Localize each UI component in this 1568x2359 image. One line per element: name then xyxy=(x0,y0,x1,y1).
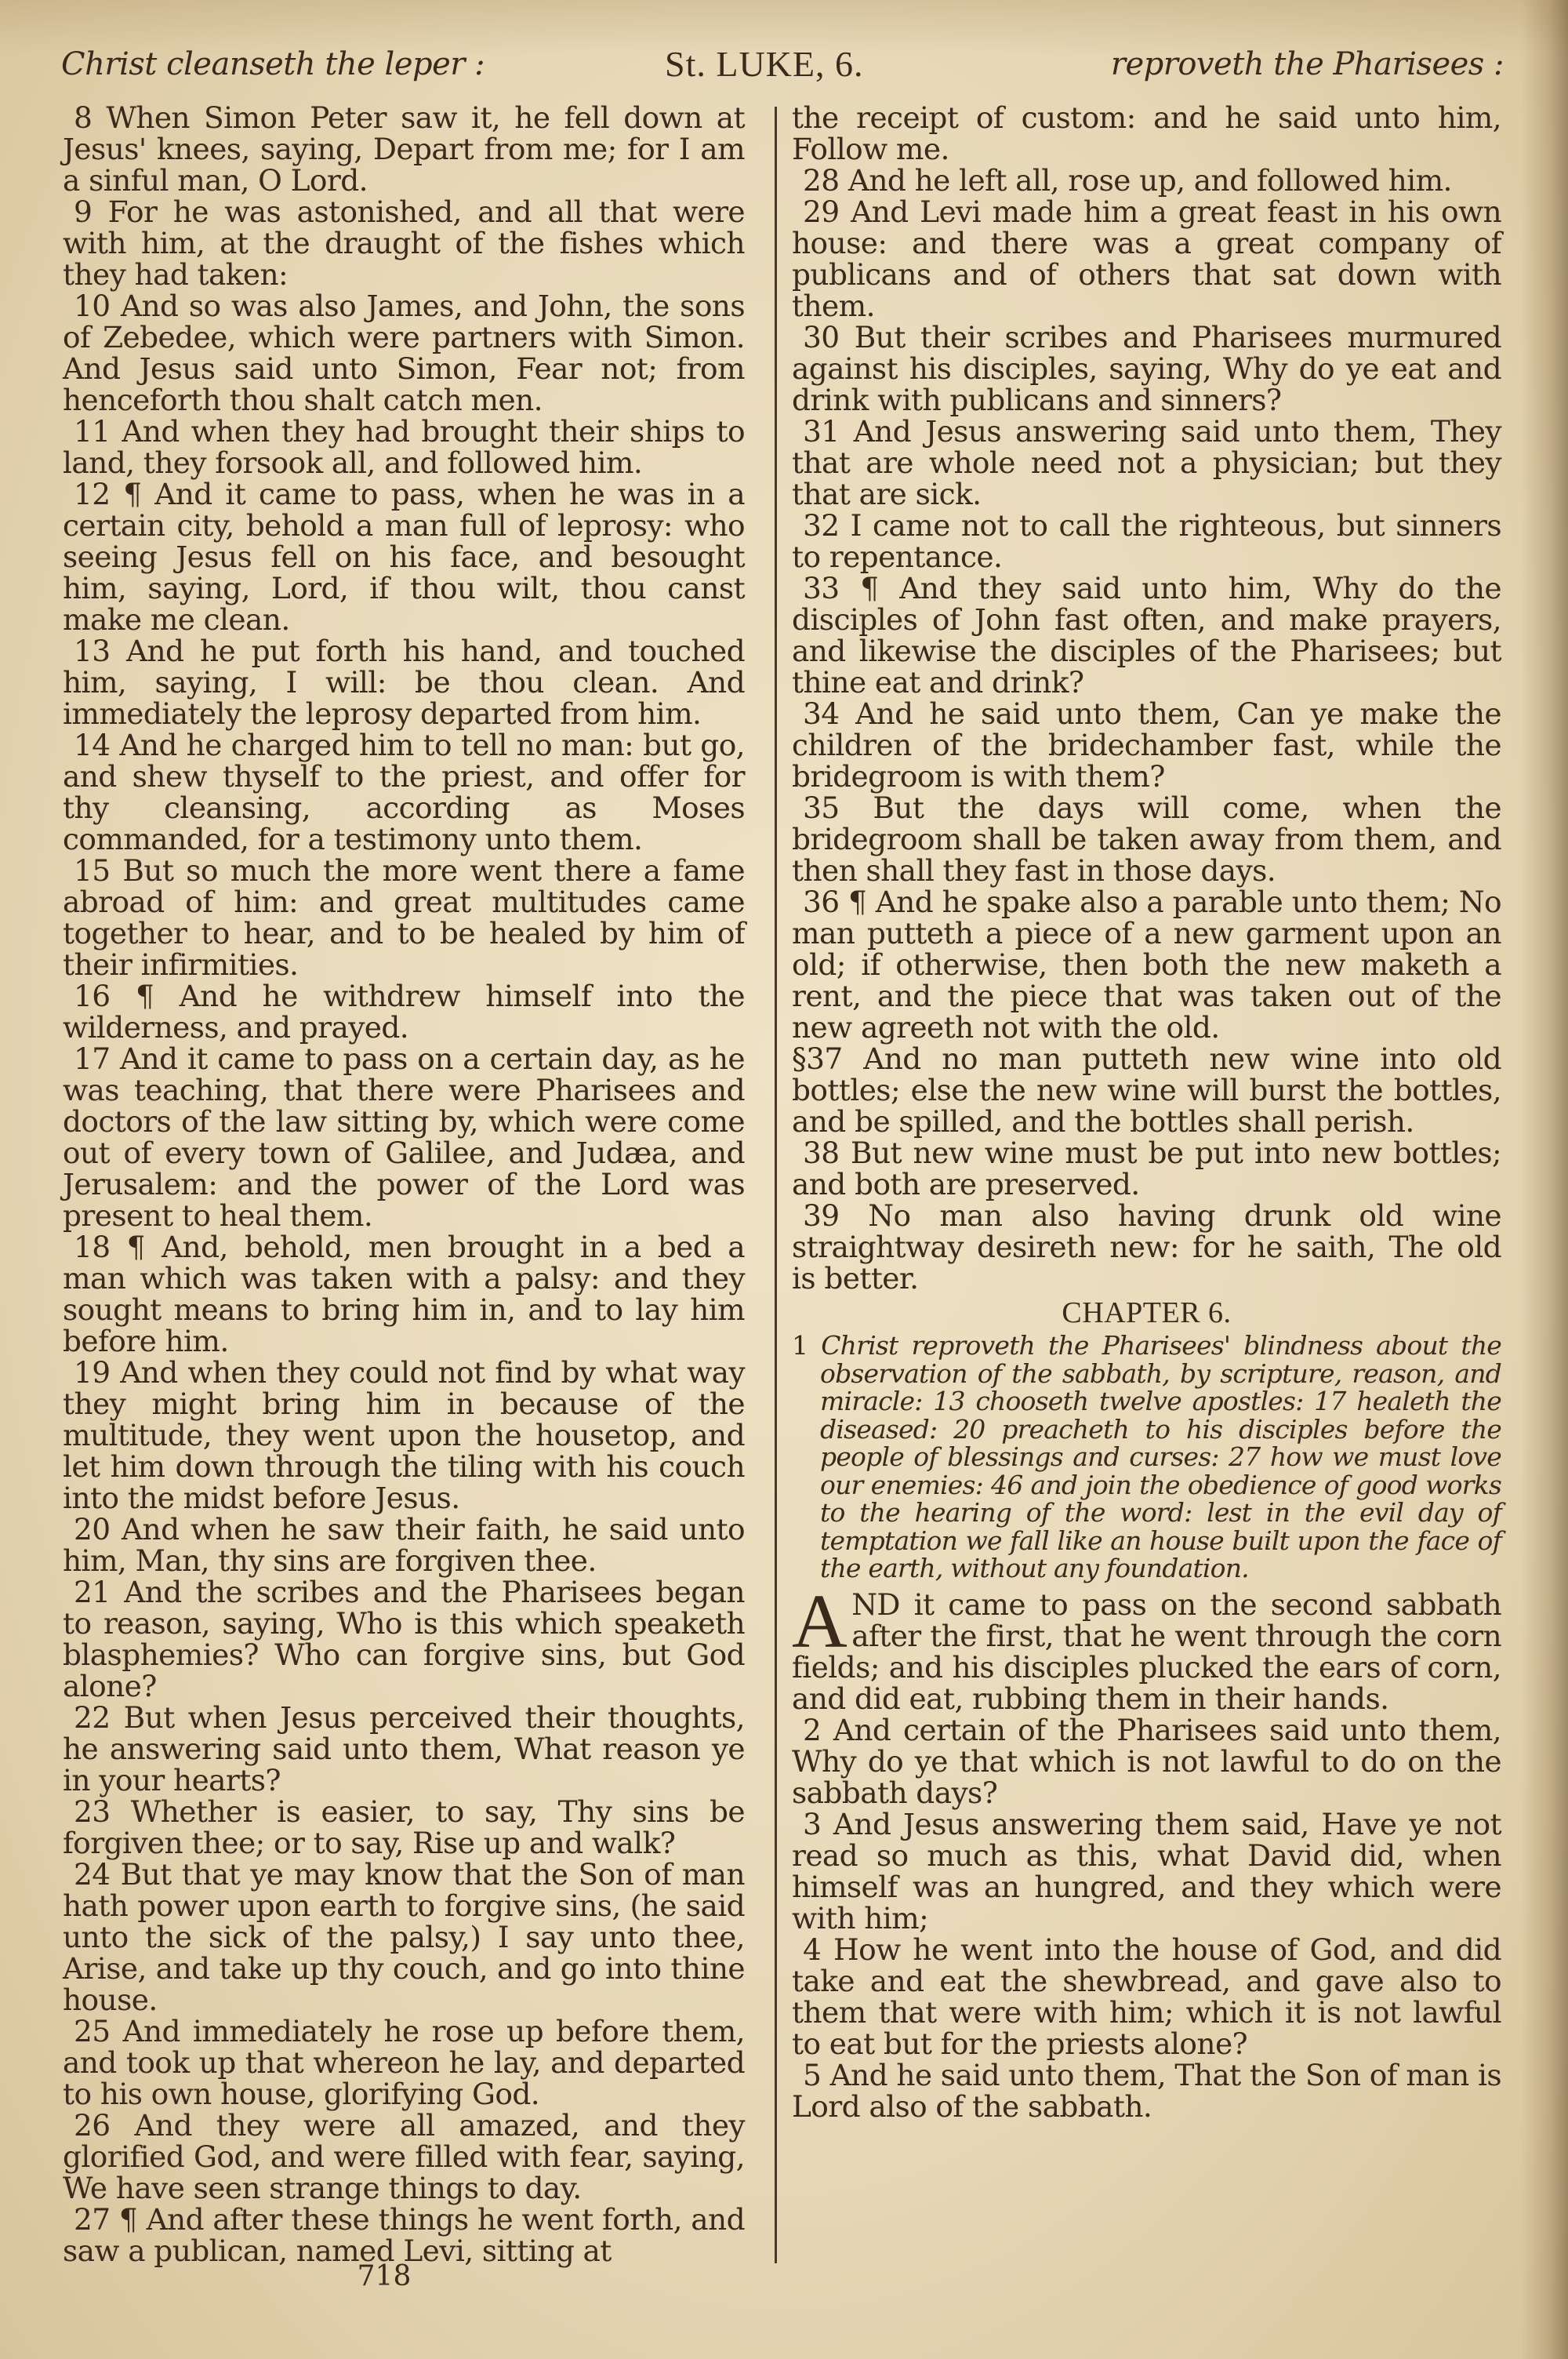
verse: §37 And no man putteth new wine into old… xyxy=(792,1043,1501,1137)
bible-page: Christ cleanseth the leper : St. LUKE, 6… xyxy=(0,0,1568,2359)
first-verse-text: ND it came to pass on the second sabbath… xyxy=(792,1587,1501,1716)
header-right-topic: reproveth the Pharisees : xyxy=(1111,41,1504,88)
verse: 22 But when Jesus perceived their though… xyxy=(63,1702,745,1796)
left-column: 8 When Simon Peter saw it, he fell down … xyxy=(63,102,745,2266)
verse: 24 But that ye may know that the Son of … xyxy=(63,1859,745,2016)
verse: 33 ¶ And they said unto him, Why do the … xyxy=(792,572,1501,698)
verse: 38 But new wine must be put into new bot… xyxy=(792,1137,1501,1200)
verse: 8 When Simon Peter saw it, he fell down … xyxy=(63,102,745,196)
page-number: 718 xyxy=(0,2260,768,2292)
verse: 21 And the scribes and the Pharisees beg… xyxy=(63,1576,745,1702)
verse: 15 But so much the more went there a fam… xyxy=(63,855,745,980)
verse: 16 ¶ And he withdrew himself into the wi… xyxy=(63,980,745,1043)
verse: 13 And he put forth his hand, and touche… xyxy=(63,635,745,729)
verse: 30 But their scribes and Pharisees murmu… xyxy=(792,322,1501,416)
verse: 12 ¶ And it came to pass, when he was in… xyxy=(63,478,745,635)
verse: 35 But the days will come, when the brid… xyxy=(792,792,1501,886)
verse-continuation: the receipt of custom: and he said unto … xyxy=(792,102,1501,165)
drop-cap: A xyxy=(792,1590,847,1653)
verse: 31 And Jesus answering said unto them, T… xyxy=(792,416,1501,510)
verse: 28 And he left all, rose up, and followe… xyxy=(792,165,1501,196)
verse: 10 And so was also James, and John, the … xyxy=(63,290,745,416)
verse: 2 And certain of the Pharisees said unto… xyxy=(792,1714,1501,1808)
chapter-heading: CHAPTER 6. xyxy=(792,1296,1501,1330)
verse: 23 Whether is easier, to say, Thy sins b… xyxy=(63,1796,745,1859)
first-verse: AND it came to pass on the second sabbat… xyxy=(792,1589,1501,1714)
running-header: Christ cleanseth the leper : St. LUKE, 6… xyxy=(61,41,1504,88)
verse: 32 I came not to call the righteous, but… xyxy=(792,510,1501,572)
verse: 39 No man also having drunk old wine str… xyxy=(792,1200,1501,1294)
verse: 3 And Jesus answering them said, Have ye… xyxy=(792,1808,1501,1934)
verse: 20 And when he saw their faith, he said … xyxy=(63,1514,745,1576)
header-left-topic: Christ cleanseth the leper : xyxy=(61,41,485,88)
verse: 26 And they were all amazed, and they gl… xyxy=(63,2110,745,2204)
verse: 4 How he went into the house of God, and… xyxy=(792,1934,1501,2059)
verse: 36 ¶ And he spake also a parable unto th… xyxy=(792,886,1501,1043)
verse: 29 And Levi made him a great feast in hi… xyxy=(792,196,1501,322)
verse: 25 And immediately he rose up before the… xyxy=(63,2016,745,2110)
verse: 17 And it came to pass on a certain day,… xyxy=(63,1043,745,1231)
verse: 11 And when they had brought their ships… xyxy=(63,416,745,478)
verse: 34 And he said unto them, Can ye make th… xyxy=(792,698,1501,792)
verse: 19 And when they could not find by what … xyxy=(63,1357,745,1514)
verse: 18 ¶ And, behold, men brought in a bed a… xyxy=(63,1231,745,1357)
verse: 5 And he said unto them, That the Son of… xyxy=(792,2059,1501,2122)
verse: 9 For he was astonished, and all that we… xyxy=(63,196,745,290)
chapter-summary: 1 Christ reproveth the Pharisees' blindn… xyxy=(792,1332,1501,1583)
verse: 14 And he charged him to tell no man: bu… xyxy=(63,729,745,855)
header-book-chapter: St. LUKE, 6. xyxy=(665,41,864,88)
column-divider xyxy=(775,107,777,2263)
right-column: the receipt of custom: and he said unto … xyxy=(792,102,1501,2122)
summary-text: Christ reproveth the Pharisees' blindnes… xyxy=(820,1330,1501,1583)
verse: 27 ¶ And after these things he went fort… xyxy=(63,2204,745,2266)
summary-number: 1 xyxy=(792,1330,808,1361)
